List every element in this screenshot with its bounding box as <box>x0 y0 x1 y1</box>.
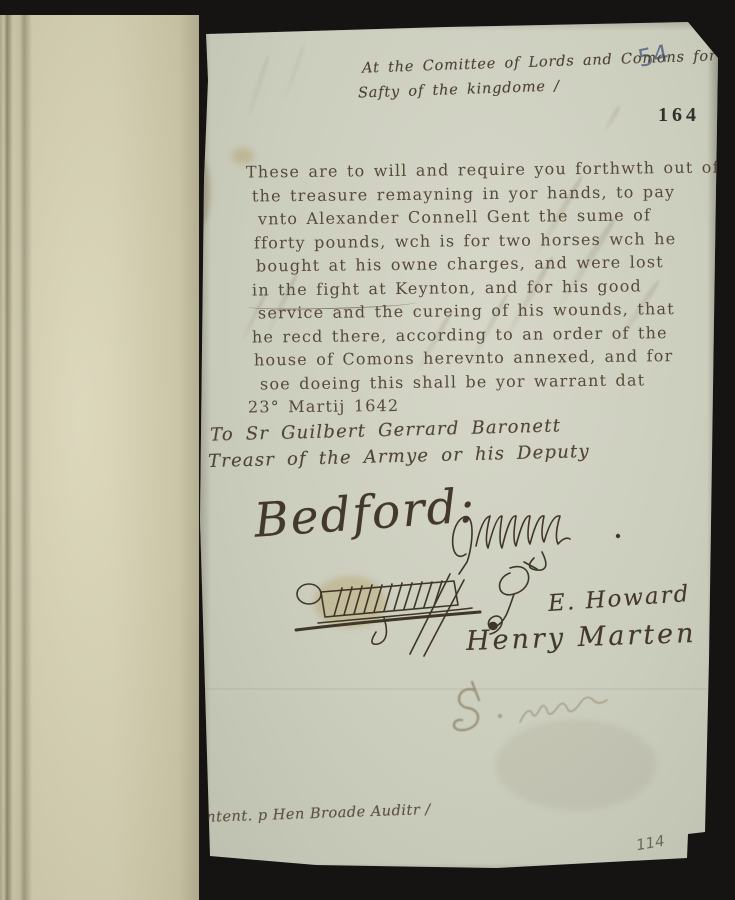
auditor-note: Intent. p Hen Broade Auditr / <box>200 802 431 826</box>
photograph-of-manuscript: { "doc": { "archival_marks": { "pencil_f… <box>0 0 735 900</box>
ink-smudge <box>246 55 271 117</box>
address-line-2: Treasr of the Armye or his Deputy <box>208 441 590 472</box>
heading-line-2: Safty of the kingdome / <box>358 78 560 101</box>
boxed-flourish-signature <box>292 572 484 660</box>
bedford-signature: Bedford: <box>252 478 478 548</box>
henry-marten-signature: Henry Marten <box>466 618 697 657</box>
howard-signature: E. Howard <box>547 581 691 617</box>
warrant-body: These are to will and require you forthw… <box>252 160 732 419</box>
faded-signature-marks <box>444 680 654 752</box>
manuscript-page: 54 164 114 At the Comittee of Lords and … <box>196 20 718 876</box>
stamped-folio-number: 164 <box>658 104 700 127</box>
heading-line-1: At the Comittee of Lords and Comons for … <box>362 47 735 76</box>
ink-smudge <box>282 45 306 101</box>
pencil-page-number: 114 <box>635 832 666 855</box>
ink-smudge <box>603 105 621 133</box>
album-mount-page <box>0 15 199 900</box>
